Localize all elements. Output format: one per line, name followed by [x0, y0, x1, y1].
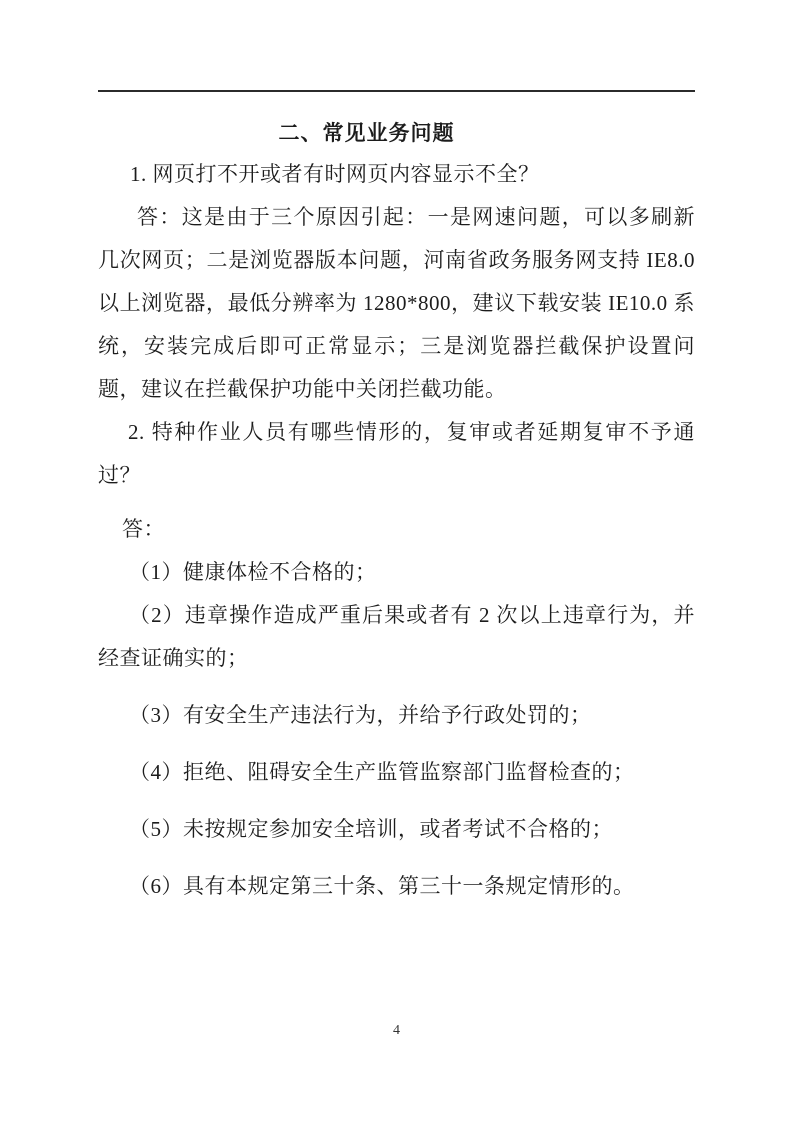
- answer-2-item-5: （5）未按规定参加安全培训，或者考试不合格的；: [98, 808, 695, 851]
- question-1: 1. 网页打不开或者有时网页内容显示不全？: [98, 153, 695, 196]
- answer-2-item-4: （4）拒绝、阻碍安全生产监管监察部门监督检查的；: [98, 751, 695, 794]
- answer-2-label: 答：: [98, 508, 695, 551]
- answer-1: 答：这是由于三个原因引起：一是网速问题，可以多刷新几次网页；二是浏览器版本问题，…: [98, 196, 695, 411]
- section-title-text: 二、常见业务问题: [279, 122, 455, 145]
- header-divider: [98, 90, 695, 92]
- answer-2-item-2: （2）违章操作造成严重后果或者有 2 次以上违章行为，并经查证确实的；: [98, 594, 695, 680]
- section-title: 二、常见业务问题: [98, 121, 695, 147]
- page-number: 4: [0, 1022, 793, 1040]
- answer-2-item-3: （3）有安全生产违法行为，并给予行政处罚的；: [98, 694, 695, 737]
- question-2: 2. 特种作业人员有哪些情形的，复审或者延期复审不予通过？: [98, 411, 695, 497]
- document-page: 二、常见业务问题 1. 网页打不开或者有时网页内容显示不全？ 答：这是由于三个原…: [0, 0, 793, 1122]
- answer-2-item-1: （1）健康体检不合格的；: [98, 551, 695, 594]
- answer-2-item-6: （6）具有本规定第三十条、第三十一条规定情形的。: [98, 865, 695, 908]
